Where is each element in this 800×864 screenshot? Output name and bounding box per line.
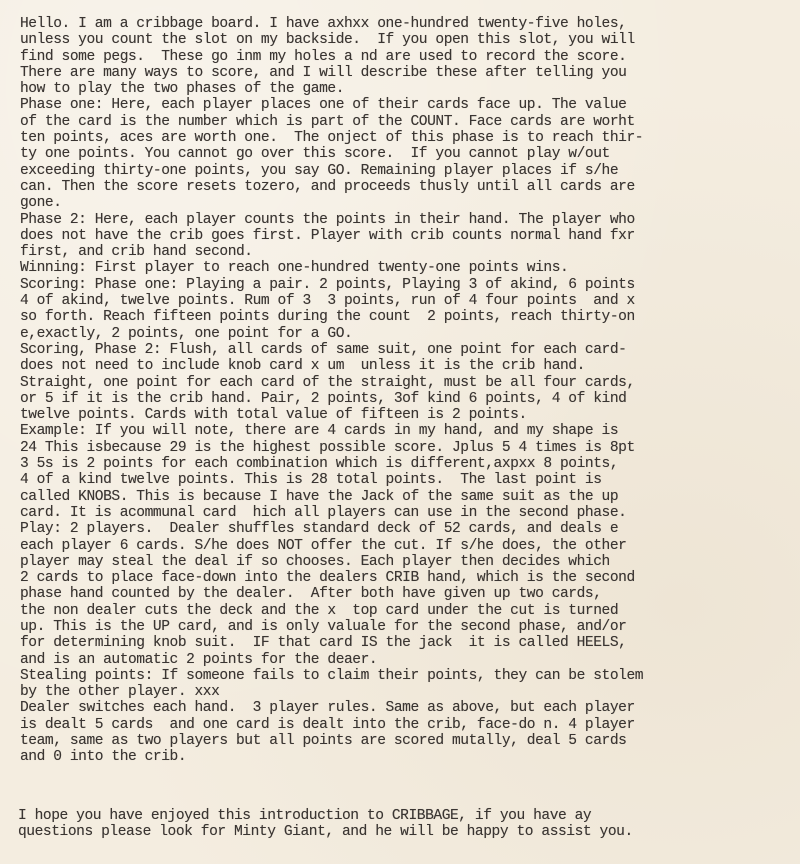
text-line: Scoring, Phase 2: Flush, all cards of sa… <box>20 342 795 358</box>
text-line: 3 5s is 2 points for each combination wh… <box>20 456 795 472</box>
cribbage-instructions-text: Hello. I am a cribbage board. I have axh… <box>20 16 795 766</box>
text-line: phase hand counted by the dealer. After … <box>20 586 795 602</box>
text-line: Example: If you will note, there are 4 c… <box>20 423 795 439</box>
text-line: 24 This isbecause 29 is the highest poss… <box>20 440 795 456</box>
text-line: does not need to include knob card x um … <box>20 358 795 374</box>
text-line: unless you count the slot on my backside… <box>20 32 795 48</box>
text-line: exceeding thirty-one points, you say GO.… <box>20 163 795 179</box>
text-line: Scoring: Phase one: Playing a pair. 2 po… <box>20 277 795 293</box>
text-line: does not have the crib goes first. Playe… <box>20 228 795 244</box>
text-line: for determining knob suit. IF that card … <box>20 635 795 651</box>
closing-paragraph: I hope you have enjoyed this introductio… <box>18 808 793 841</box>
text-line: gone. <box>20 195 795 211</box>
text-line: card. It is acommunal card hich all play… <box>20 505 795 521</box>
text-line: I hope you have enjoyed this introductio… <box>18 808 793 824</box>
text-line: Straight, one point for each card of the… <box>20 375 795 391</box>
text-line: Phase one: Here, each player places one … <box>20 97 795 113</box>
text-line: twelve points. Cards with total value of… <box>20 407 795 423</box>
text-line: up. This is the UP card, and is only val… <box>20 619 795 635</box>
text-line: the non dealer cuts the deck and the x t… <box>20 603 795 619</box>
text-line: and 0 into the crib. <box>20 749 795 765</box>
text-line: Hello. I am a cribbage board. I have axh… <box>20 16 795 32</box>
text-line: e,exactly, 2 points, one point for a GO. <box>20 326 795 342</box>
text-line: is dealt 5 cards and one card is dealt i… <box>20 717 795 733</box>
text-line: 2 cards to place face-down into the deal… <box>20 570 795 586</box>
text-line: Stealing points: If someone fails to cla… <box>20 668 795 684</box>
text-line: Dealer switches each hand. 3 player rule… <box>20 700 795 716</box>
text-line: so forth. Reach fifteen points during th… <box>20 309 795 325</box>
text-line: 4 of akind, twelve points. Rum of 3 3 po… <box>20 293 795 309</box>
text-line: can. Then the score resets tozero, and p… <box>20 179 795 195</box>
text-line: ty one points. You cannot go over this s… <box>20 146 795 162</box>
text-line: each player 6 cards. S/he does NOT offer… <box>20 538 795 554</box>
text-line: There are many ways to score, and I will… <box>20 65 795 81</box>
text-line: ten points, aces are worth one. The onje… <box>20 130 795 146</box>
text-line: Winning: First player to reach one-hundr… <box>20 260 795 276</box>
text-line: or 5 if it is the crib hand. Pair, 2 poi… <box>20 391 795 407</box>
text-line: called KNOBS. This is because I have the… <box>20 489 795 505</box>
text-line: find some pegs. These go inm my holes a … <box>20 49 795 65</box>
text-line: 4 of a kind twelve points. This is 28 to… <box>20 472 795 488</box>
text-line: how to play the two phases of the game. <box>20 81 795 97</box>
text-line: first, and crib hand second. <box>20 244 795 260</box>
text-line: questions please look for Minty Giant, a… <box>18 824 793 840</box>
typewritten-page: Hello. I am a cribbage board. I have axh… <box>0 0 800 864</box>
text-line: Phase 2: Here, each player counts the po… <box>20 212 795 228</box>
text-line: player may steal the deal if so chooses.… <box>20 554 795 570</box>
text-line: team, same as two players but all points… <box>20 733 795 749</box>
text-line: of the card is the number which is part … <box>20 114 795 130</box>
text-line: by the other player. xxx <box>20 684 795 700</box>
text-line: and is an automatic 2 points for the dea… <box>20 652 795 668</box>
text-line: Play: 2 players. Dealer shuffles standar… <box>20 521 795 537</box>
